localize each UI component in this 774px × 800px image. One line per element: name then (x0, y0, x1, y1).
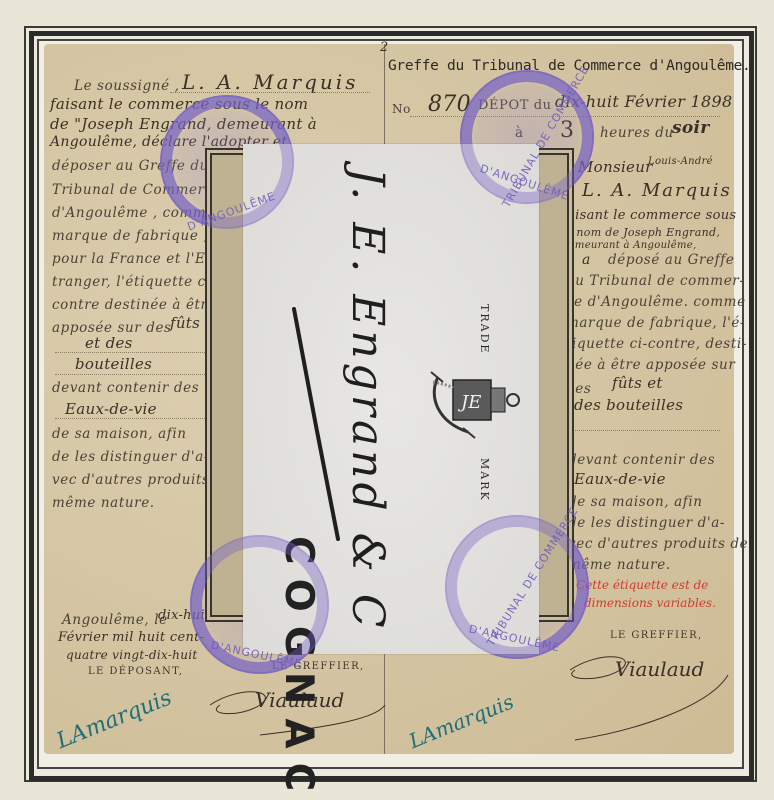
right-line-print: déposé au Greffe (608, 252, 734, 268)
hand-futs: fûts et (612, 374, 663, 392)
a-hand: a (582, 252, 591, 268)
left-line-print: même nature. (52, 495, 155, 511)
left-line-hand: et des (85, 334, 133, 352)
nom-line: le nom de Joseph Engrand, (562, 226, 720, 239)
left-line-hand: fûts (170, 314, 200, 332)
monsieur-note: Louis-André (648, 156, 713, 167)
svg-text:JE: JE (457, 392, 481, 413)
number-label: No (392, 102, 411, 116)
left-line-print: pour la France et l'E- (52, 251, 211, 267)
date-hand: Février mil huit cent- (58, 630, 204, 645)
right-line-print: née à être apposée sur (566, 357, 735, 373)
deposant-label: Le Déposant, (88, 666, 183, 677)
name-hand: L. A. Marquis (582, 180, 732, 201)
right-line-print: devant contenir des (568, 452, 715, 468)
right-line-print: ce d'Angoulême. comme (566, 294, 746, 310)
date-hand: quatre vingt-dix-huit (66, 648, 198, 662)
commerce-line: faisant le commerce sous (562, 208, 736, 223)
signature-flourish (550, 645, 740, 745)
left-line-hand: L. A. Marquis (182, 70, 358, 94)
anchor-crest-icon: JE (423, 362, 523, 442)
red-note: dimensions variables. (584, 596, 716, 610)
right-line-print: vec d'autres produits de (568, 536, 748, 552)
right-line-print: de les distinguer d'a- (568, 515, 725, 531)
corner-mark: 2 (380, 40, 389, 55)
left-line-hand: bouteilles (75, 355, 152, 373)
left-line-print: marque de fabrique , (52, 228, 208, 244)
underline-flourish (288, 304, 348, 544)
left-line-print: devant contenir des (52, 380, 199, 396)
left-line-hand: Eaux-de-vie (65, 400, 157, 418)
brand-script: J. E. Engrand & C (342, 168, 393, 631)
demeurant-line: demeurant à Angoulême, (562, 240, 697, 251)
place-date: Angoulême, le (62, 612, 168, 628)
red-note: Cette étiquette est de (576, 578, 708, 592)
registry-header: Greffe du Tribunal de Commerce d'Angoulê… (388, 58, 750, 74)
hand-eaux: Eaux-de-vie (574, 470, 666, 488)
left-line-print: tranger, l'étiquette ci- (52, 274, 216, 290)
mark-text: MARK (478, 458, 491, 502)
heures-label: heures du (600, 125, 674, 141)
right-line-print: du Tribunal de commer- (566, 273, 745, 289)
dotted-line (570, 430, 720, 431)
right-line-print: tiquette ci-contre, desti- (566, 336, 747, 352)
left-line-print: de sa maison, afin (52, 426, 187, 442)
greffier-label: Le Greffier, (610, 630, 703, 641)
left-line-print: Le soussigné , (74, 78, 179, 94)
right-line-print: de sa maison, afin (568, 494, 703, 510)
left-line-print: contre destinée à être (52, 297, 216, 313)
hand-bouteilles: des bouteilles (574, 396, 683, 414)
trade-text: TRADE (478, 304, 491, 354)
left-line-print: de les distinguer d'a- (52, 449, 209, 465)
dotted-line (170, 92, 370, 93)
period-value: soir (672, 118, 710, 138)
right-line-print: marque de fabrique, l'é- (566, 315, 745, 331)
